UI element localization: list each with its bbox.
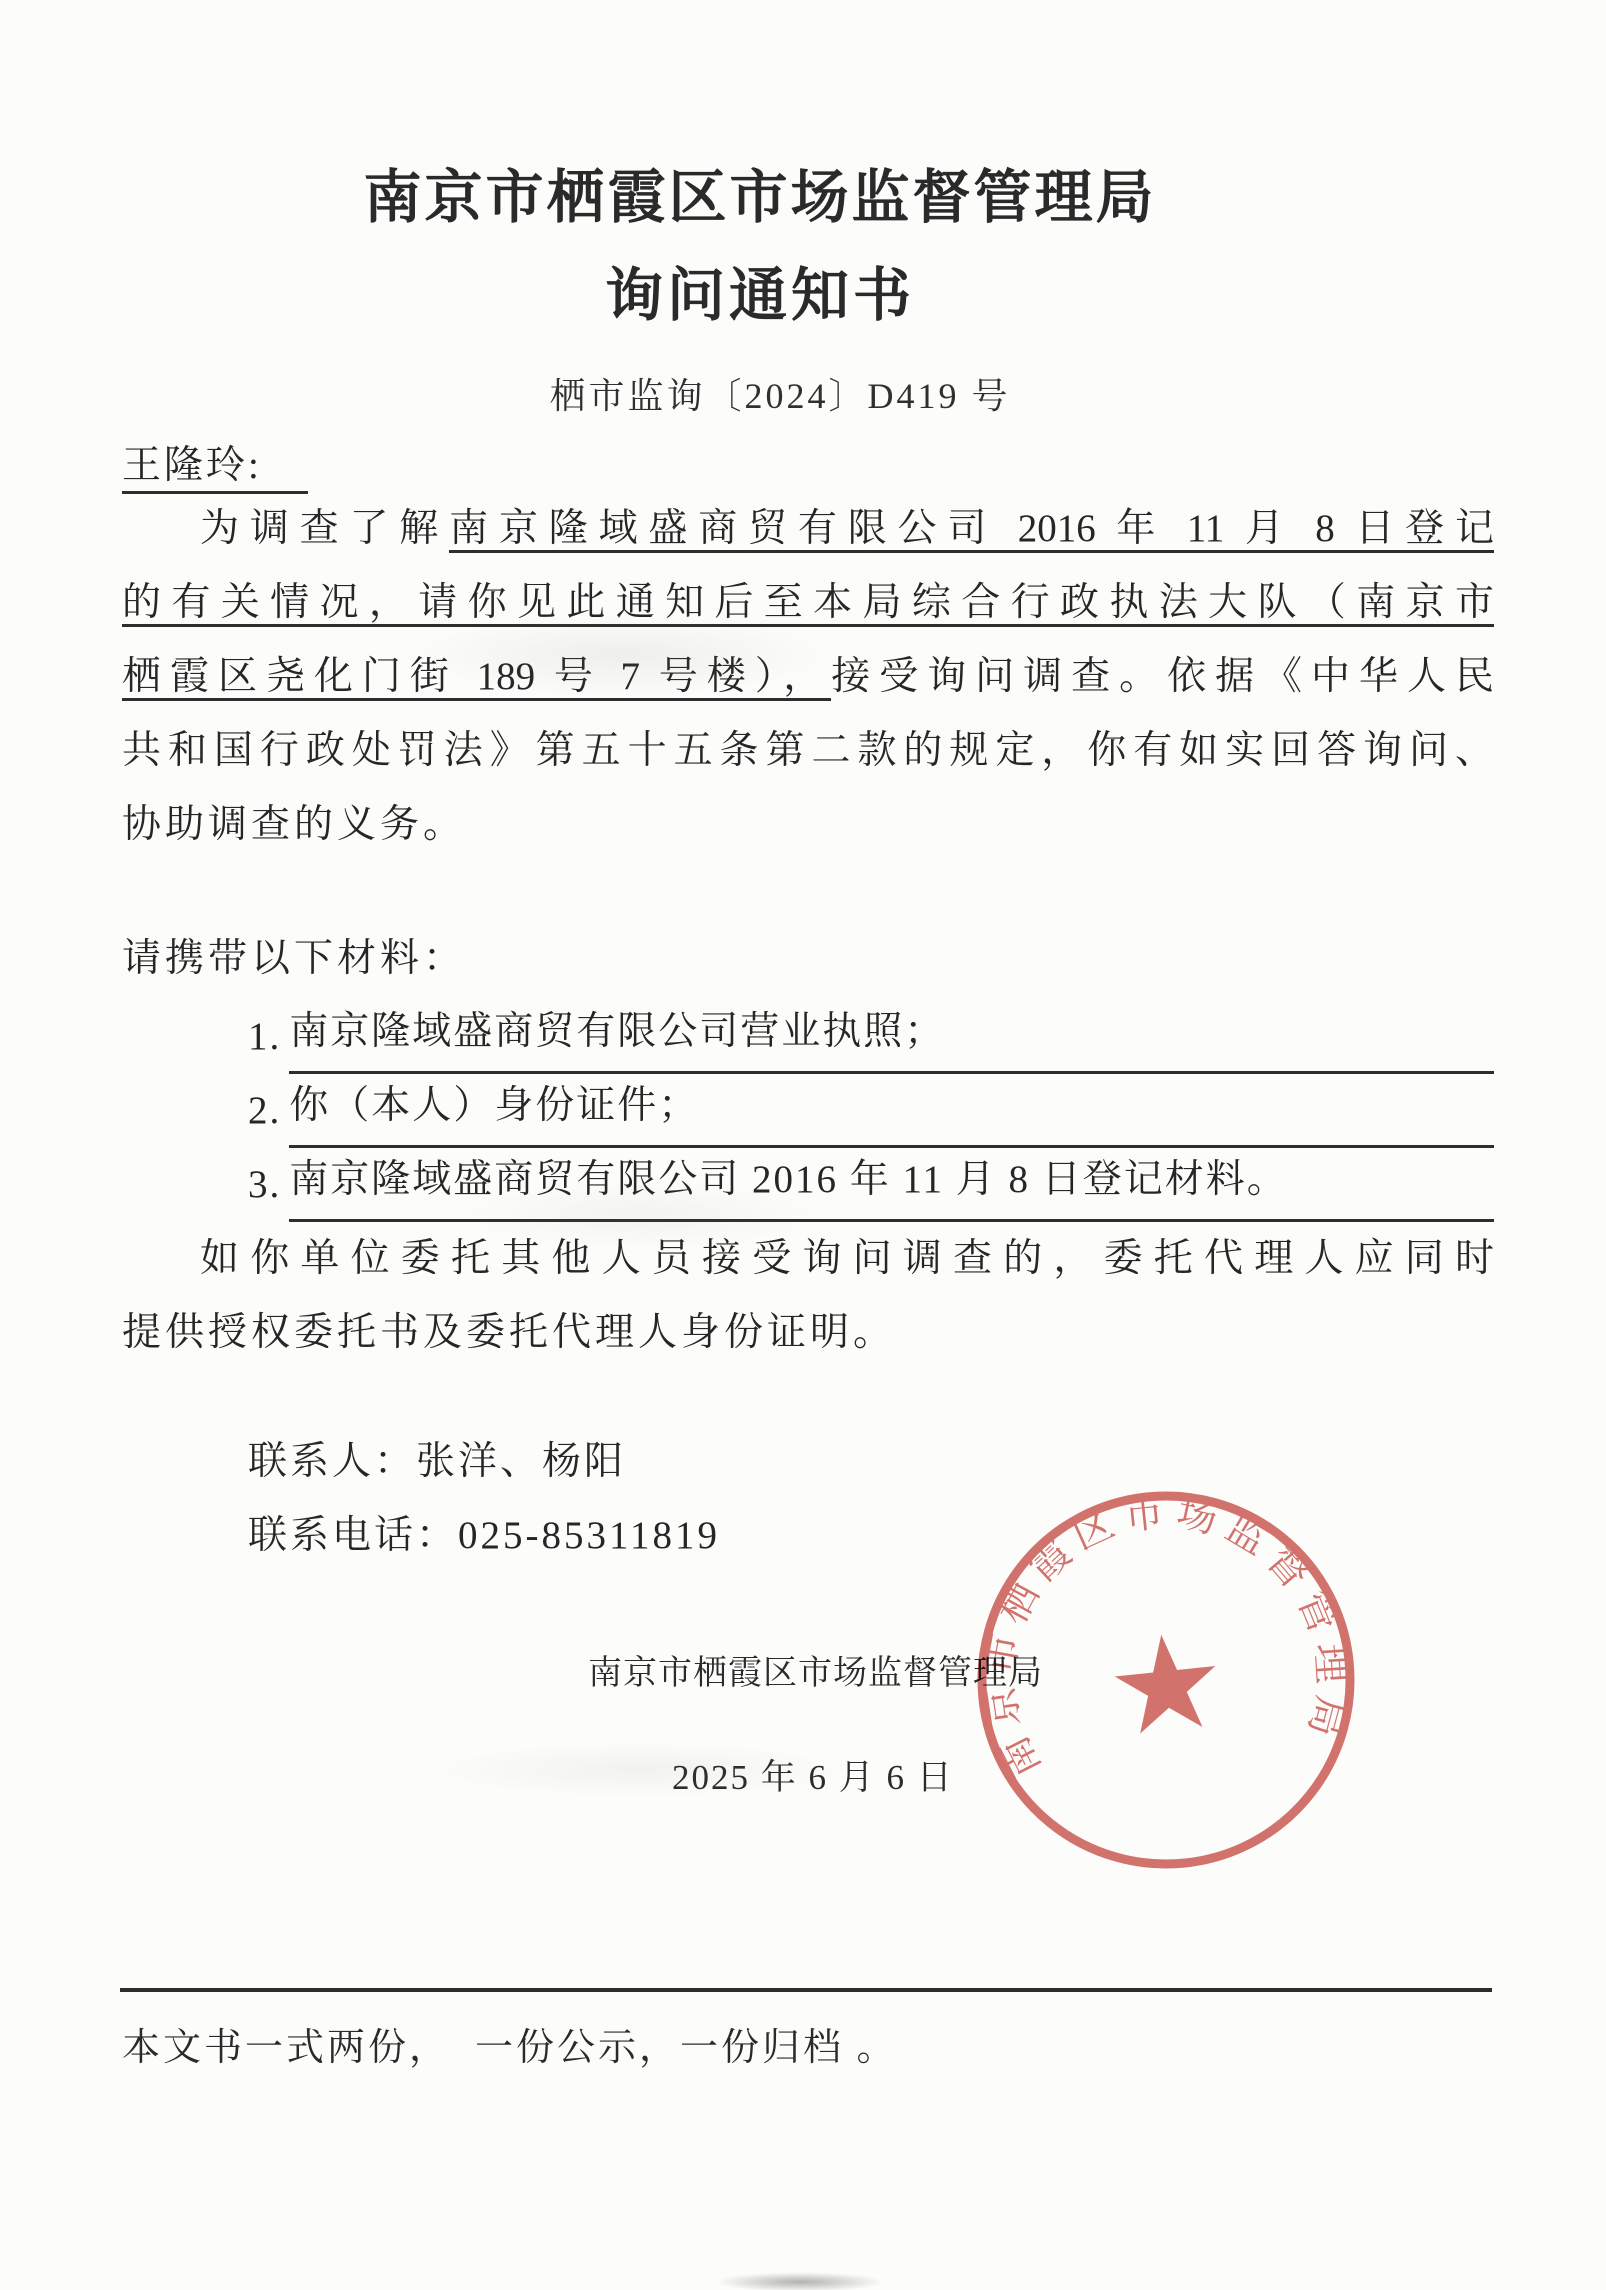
seal-star-icon: ★: [1100, 1602, 1234, 1768]
para1-line2-underlined: 的有关情况，请你见此通知后至本局综合行政执法大队（南京市: [122, 581, 1494, 627]
paragraph-investigation: 为调查了解南京隆域盛商贸有限公司 2016 年 11 月 8 日登记 的有关情况…: [122, 492, 1494, 862]
paragraph-delegation: 如你单位委托其他人员接受询问调查的，委托代理人应同时 提供授权委托书及委托代理人…: [122, 1222, 1494, 1370]
para1-line5-text: 协助调查的义务。: [122, 803, 466, 846]
contact-person-text: 联系人：张洋、杨阳: [248, 1440, 626, 1483]
material-item-3-text: 南京隆域盛商贸有限公司 2016 年 11 月 8 日登记材料。: [289, 1143, 1288, 1222]
document-title-type: 询问通知书: [0, 248, 1520, 332]
document-number: 栖市监询〔2024〕D419 号: [0, 368, 1560, 419]
material-item-3-number: 3.: [248, 1148, 289, 1222]
para2-line1-text: 如你单位委托其他人员接受询问调查的，委托代理人应同时: [200, 1237, 1494, 1280]
material-item-2-text: 你（本人）身份证件；: [289, 1069, 699, 1148]
para1-line3-plain: 接受询问调查。依据《中华人民: [831, 655, 1494, 698]
para1-line3: 栖霞区尧化门街 189 号 7 号楼），接受询问调查。依据《中华人民: [122, 640, 1494, 714]
para1-line4: 共和国行政处罚法》第五十五条第二款的规定，你有如实回答询问、: [122, 714, 1494, 788]
para1-line1-plain: 为调查了解: [200, 507, 449, 550]
para2-line2-text: 提供授权委托书及委托代理人身份证明。: [122, 1311, 896, 1354]
para2-line1: 如你单位委托其他人员接受询问调查的，委托代理人应同时: [122, 1222, 1494, 1296]
material-item-2: 2. 你（本人）身份证件；: [122, 1074, 1494, 1148]
official-seal-stamp: 南京市栖霞区市场监督管理局 ★: [948, 1462, 1383, 1897]
materials-heading: 请携带以下材料：: [122, 922, 1494, 996]
para2-line2: 提供授权委托书及委托代理人身份证明。: [122, 1296, 1494, 1370]
para1-line1: 为调查了解南京隆域盛商贸有限公司 2016 年 11 月 8 日登记: [122, 492, 1494, 566]
para1-line3-underlined: 栖霞区尧化门街 189 号 7 号楼），: [122, 655, 831, 701]
issue-date: 2025 年 6 月 6 日: [672, 1750, 954, 1800]
material-item-3: 3. 南京隆域盛商贸有限公司 2016 年 11 月 8 日登记材料。: [122, 1148, 1494, 1222]
materials-heading-text: 请携带以下材料：: [122, 937, 466, 980]
para1-line1-underlined: 南京隆域盛商贸有限公司 2016 年 11 月 8 日登记: [449, 507, 1494, 553]
material-item-1-number: 1.: [248, 1000, 289, 1074]
scanned-document-page: 南京市栖霞区市场监督管理局 询问通知书 栖市监询〔2024〕D419 号 王隆玲…: [0, 0, 1606, 2290]
material-item-1: 1. 南京隆域盛商贸有限公司营业执照；: [122, 1000, 1494, 1074]
material-item-2-number: 2.: [248, 1074, 289, 1148]
addressee-name-text: 王隆玲:: [122, 444, 308, 494]
document-title-agency: 南京市栖霞区市场监督管理局: [0, 150, 1520, 234]
para1-line2: 的有关情况，请你见此通知后至本局综合行政执法大队（南京市: [122, 566, 1494, 640]
materials-section: 请携带以下材料：: [122, 922, 1494, 996]
addressee-name: 王隆玲:: [122, 434, 308, 490]
material-item-1-text: 南京隆域盛商贸有限公司营业执照；: [289, 995, 945, 1074]
materials-list: 1. 南京隆域盛商贸有限公司营业执照； 2. 你（本人）身份证件； 3. 南京隆…: [122, 1000, 1494, 1222]
para1-line5: 协助调查的义务。: [122, 788, 1494, 862]
contact-phone-text: 联系电话：025-85311819: [248, 1514, 720, 1557]
para1-line4-text: 共和国行政处罚法》第五十五条第二款的规定，你有如实回答询问、: [122, 729, 1494, 772]
material-item-1-blank-line: [945, 1070, 1494, 1074]
footer-divider-line: [120, 1988, 1492, 1992]
footer-distribution-note: 本文书一式两份， 一份公示，一份归档 。: [122, 2016, 898, 2071]
